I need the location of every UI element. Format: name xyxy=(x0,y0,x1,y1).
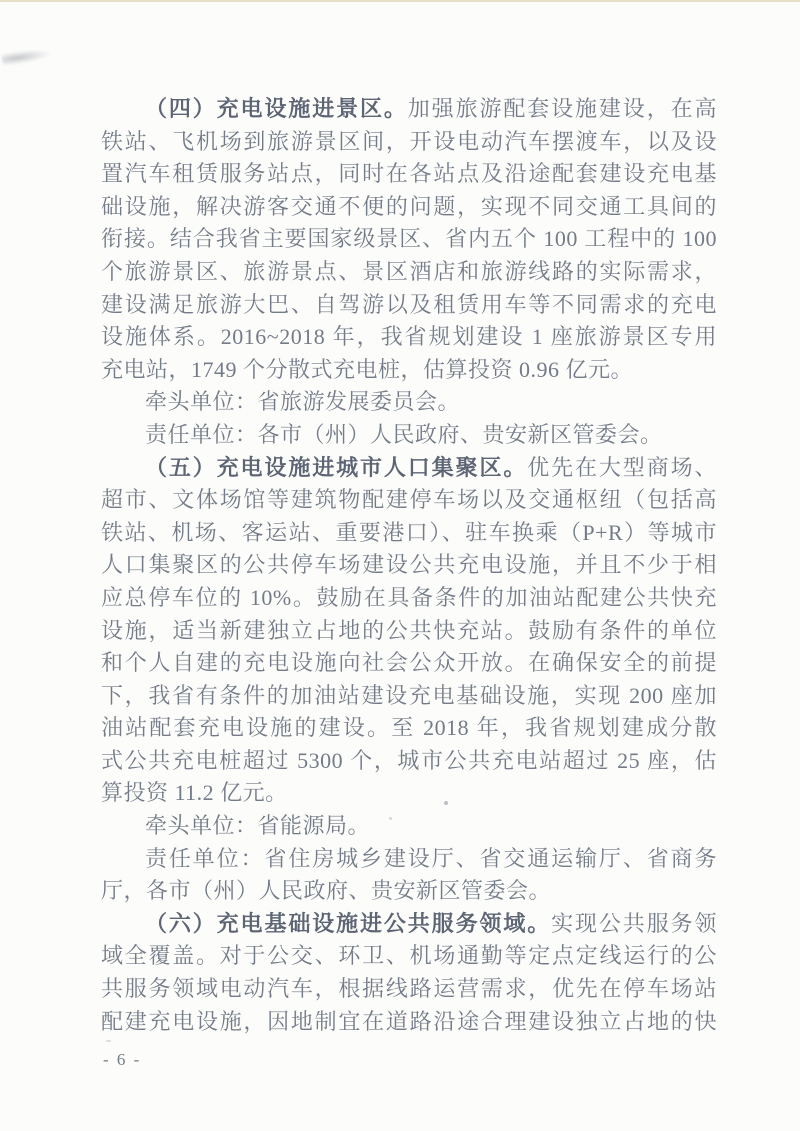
text-line: 设施，适当新建独立占地的公共快充站。鼓励有条件的单位 xyxy=(101,615,717,648)
text-line: 铁站、机场、客运站、重要港口）、驻车换乘（P+R）等城市 xyxy=(101,517,717,550)
text-line: 设施体系。2016~2018 年，我省规划建设 1 座旅游景区专用 xyxy=(101,321,717,354)
text-line: 人口集聚区的公共停车场建设公共充电设施，并且不少于相 xyxy=(101,549,717,582)
section-heading: （五）充电设施进城市人口集聚区。 xyxy=(145,455,527,480)
text-line: 础设施，解决游客交通不便的问题，实现不同交通工具间的 xyxy=(101,191,717,224)
text-line: 铁站、飞机场到旅游景区间，开设电动汽车摆渡车，以及设 xyxy=(101,126,717,159)
text-line: 应总停车位的 10%。鼓励在具备条件的加油站配建公共快充 xyxy=(101,582,717,615)
text-line: 超市、文体场馆等建筑物配建停车场以及交通枢纽（包括高 xyxy=(101,484,717,517)
text-line: 式公共充电桩超过 5300 个，城市公共充电站超过 25 座，估 xyxy=(101,745,717,778)
scan-artifact-top-line xyxy=(0,0,800,2)
text-line: 配建充电设施，因地制宜在道路沿途合理建设独立占地的快 xyxy=(101,1006,717,1039)
text-line: 域全覆盖。对于公交、环卫、机场通勤等定点定线运行的公 xyxy=(101,940,717,973)
text-line: 责任单位：各市（州）人民政府、贵安新区管委会。 xyxy=(101,419,717,452)
scanned-document-page: （四）充电设施进景区。加强旅游配套设施建设，在高铁站、飞机场到旅游景区间，开设电… xyxy=(0,0,800,1131)
page-number-label: - 6 - xyxy=(103,1048,141,1072)
text-line: 厅，各市（州）人民政府、贵安新区管委会。 xyxy=(101,875,717,908)
section-heading: （六）充电基础设施进公共服务领域。 xyxy=(145,911,551,936)
text-line: （五）充电设施进城市人口集聚区。优先在大型商场、 xyxy=(101,452,717,485)
text-line: 牵头单位：省能源局。 xyxy=(101,810,717,843)
text-line: （四）充电设施进景区。加强旅游配套设施建设，在高 xyxy=(101,93,717,126)
text-line: 建设满足旅游大巴、自驾游以及租赁用车等不同需求的充电 xyxy=(101,289,717,322)
text-line: 充电站，1749 个分散式充电桩，估算投资 0.96 亿元。 xyxy=(101,354,717,387)
text-line: （六）充电基础设施进公共服务领域。实现公共服务领 xyxy=(101,908,717,941)
document-text-block: （四）充电设施进景区。加强旅游配套设施建设，在高铁站、飞机场到旅游景区间，开设电… xyxy=(101,93,717,1038)
text-line: 和个人自建的充电设施向社会公众开放。在确保安全的前提 xyxy=(101,647,717,680)
text-line: 衔接。结合我省主要国家级景区、省内五个 100 工程中的 100 xyxy=(101,223,717,256)
text-line: 下，我省有条件的加油站建设充电基础设施，实现 200 座加 xyxy=(101,680,717,713)
text-line: 置汽车租赁服务站点，同时在各站点及沿途配套建设充电基 xyxy=(101,158,717,191)
text-line: 牵头单位：省旅游发展委员会。 xyxy=(101,386,717,419)
text-line: 油站配套充电设施的建设。至 2018 年，我省规划建成分散 xyxy=(101,712,717,745)
text-line: 算投资 11.2 亿元。 xyxy=(101,777,717,810)
scan-artifact-smudge xyxy=(1,47,52,67)
scan-artifact-speck xyxy=(106,1040,111,1042)
text-line: 共服务领域电动汽车，根据线路运营需求，优先在停车场站 xyxy=(101,973,717,1006)
section-heading: （四）充电设施进景区。 xyxy=(145,96,408,121)
text-line: 责任单位：省住房城乡建设厅、省交通运输厅、省商务 xyxy=(101,843,717,876)
text-line: 个旅游景区、旅游景点、景区酒店和旅游线路的实际需求， xyxy=(101,256,717,289)
